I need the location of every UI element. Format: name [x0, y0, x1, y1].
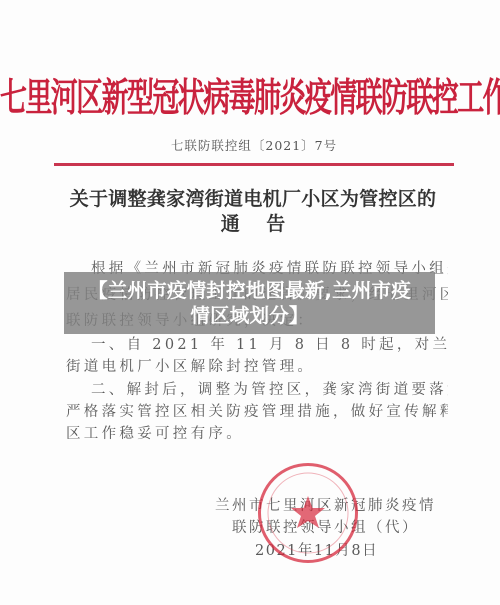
signature-date: 2021年11月8日 — [255, 539, 378, 560]
banner-line-1: 【兰州市疫情封控地图最新,兰州市疫 — [64, 278, 435, 303]
body-paragraph-line: 二、解封后，调整为管控区，龚家湾街道要落实“四方责任”， — [91, 378, 448, 399]
banner-line-2: 情区域划分】 — [64, 303, 435, 328]
signature-organization-line1: 兰州市七里河区新冠肺炎疫情 — [215, 494, 436, 515]
body-paragraph-line: 严格落实管控区相关防疫管理措施，做好宣传解释工作，确保转 — [66, 400, 448, 421]
issuing-organization-title: 七里河区新型冠状病毒肺炎疫情联防联控工作领导小组 — [0, 66, 500, 123]
body-paragraph-line: 街道电机厂小区解除封控管理。 — [66, 355, 448, 376]
overlay-title-banner: 【兰州市疫情封控地图最新,兰州市疫 情区域划分】 — [64, 272, 435, 334]
document-page: 七里河区新型冠状病毒肺炎疫情联防联控工作领导小组 七联防联控组〔2021〕7号 … — [0, 0, 500, 605]
body-paragraph-line: 一、自 2021 年 11 月 8 日 8 时起，对兰州市七里河区龚家湾 — [91, 333, 448, 354]
body-paragraph-line: 区工作稳妥可控有序。 — [66, 422, 448, 443]
document-number: 七联防联控组〔2021〕7号 — [0, 136, 500, 154]
notice-subtitle: 通 告 — [0, 209, 500, 236]
signature-organization-line2: 联防联控领导小组（代） — [232, 516, 419, 537]
notice-title: 关于调整龚家湾街道电机厂小区为管控区的 — [0, 184, 500, 211]
red-divider-line — [54, 163, 454, 166]
